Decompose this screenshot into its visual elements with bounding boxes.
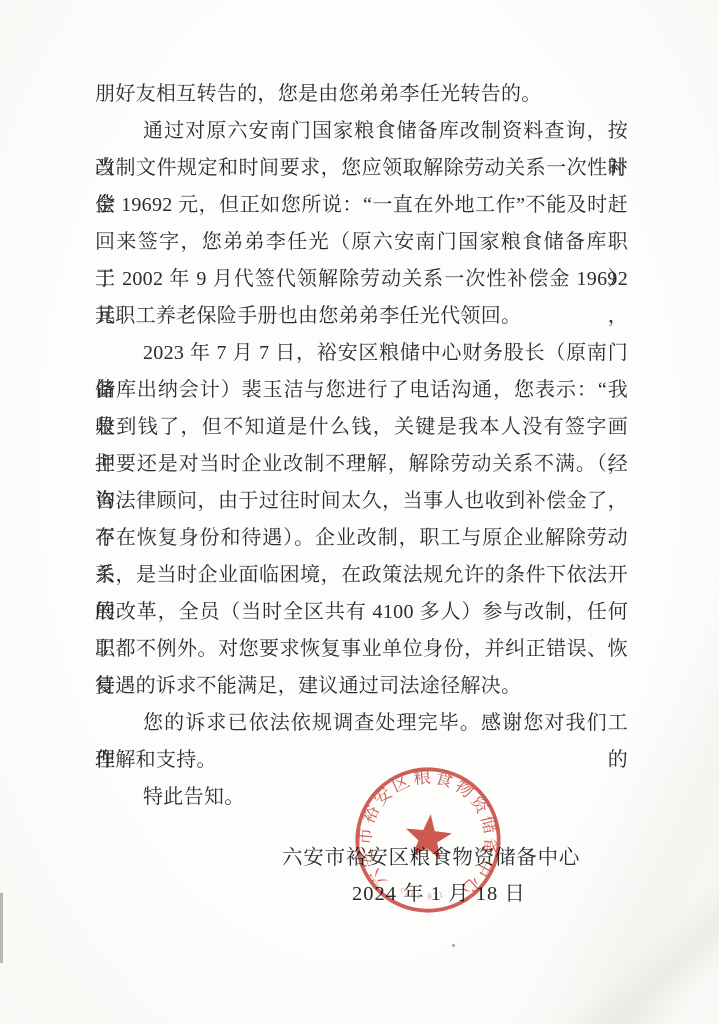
scan-edge-artifact bbox=[0, 893, 3, 963]
body-line: 工都不例外。对您要求恢复事业单位身份，并纠正错误、恢复 bbox=[95, 631, 628, 668]
body-line: 朋好友相互转告的，您是由您弟弟李任光转告的。 bbox=[95, 76, 628, 113]
body-line: 主要还是对当时企业改制不理解，解除劳动关系不满。（经咨 bbox=[95, 446, 628, 483]
body-line: 待遇的诉求不能满足，建议通过司法途径解决。 bbox=[95, 668, 628, 705]
scanned-letter-page: 朋好友相互转告的，您是由您弟弟李任光转告的。通过对原六安南门国家粮食储备库改制资… bbox=[0, 0, 719, 1024]
body-line: 改制文件规定和时间要求，您应领取解除劳动关系一次性补偿 bbox=[95, 150, 628, 187]
scan-speck-artifact bbox=[452, 944, 455, 947]
body-line: 于 2002 年 9 月代签代领解除劳动关系一次性补偿金 19692 元， bbox=[95, 261, 628, 298]
body-line: 存在恢复身份和待遇）。企业改制，职工与原企业解除劳动关 bbox=[95, 520, 628, 557]
body-line: 的改革，全员（当时全区共有 4100 多人）参与改制，任何职 bbox=[95, 594, 628, 631]
body-line: 收到钱了，但不知道是什么钱，关键是我本人没有签字画押”， bbox=[95, 409, 628, 446]
body-line: 金 19692 元，但正如您所说：“一直在外地工作”不能及时赶 bbox=[95, 187, 628, 224]
body-line: 系，是当时企业面临困境，在政策法规允许的条件下依法开展 bbox=[95, 557, 628, 594]
scan-streak-artifact bbox=[539, 864, 719, 1024]
issuer-signature: 六安市裕安区粮食物资储备中心 bbox=[282, 843, 580, 873]
document-body: 朋好友相互转告的，您是由您弟弟李任光转告的。通过对原六安南门国家粮食储备库改制资… bbox=[95, 76, 628, 816]
body-line: 备库出纳会计）裴玉洁与您进行了电话沟通，您表示：“我是 bbox=[95, 372, 628, 409]
issue-date: 2024 年 1 月 18 日 bbox=[352, 879, 526, 909]
body-line: 2023 年 7 月 7 日，裕安区粮储中心财务股长（原南门储 bbox=[95, 335, 628, 372]
body-line: 回来签字，您弟弟李任光（原六安南门国家粮食储备库职工） bbox=[95, 224, 628, 261]
body-line: 通过对原六安南门国家粮食储备库改制资料查询，按当时 bbox=[95, 113, 628, 150]
body-line: 您的诉求已依法依规调查处理完毕。感谢您对我们工作的 bbox=[95, 705, 628, 742]
body-line: 询法律顾问，由于过往时间太久，当事人也收到补偿金了，不 bbox=[95, 483, 628, 520]
body-line: 特此告知。 bbox=[95, 779, 628, 816]
